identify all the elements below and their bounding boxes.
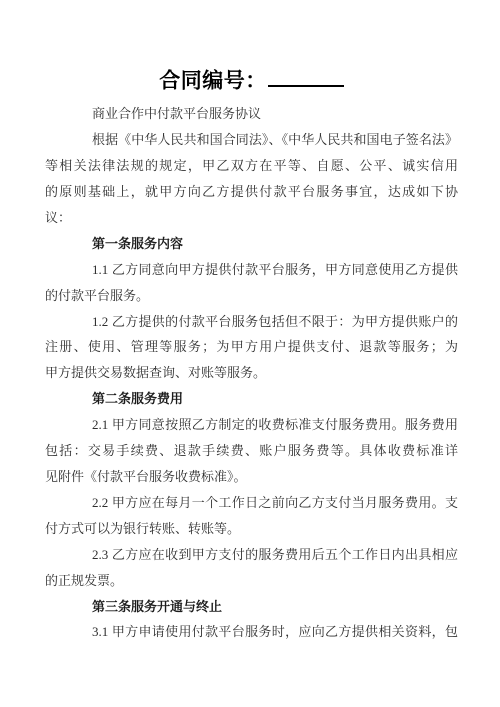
paragraph-line: 的原则基础上，就甲方向乙方提供付款平台服务事宜，达成如下协 [45, 179, 458, 205]
paragraph-line: 商业合作中付款平台服务协议 [45, 101, 458, 127]
paragraph-line: 付方式可以为银行转账、转账等。 [45, 516, 458, 542]
contract-number-title: 合同编号： [45, 0, 458, 95]
section-heading: 第二条服务费用 [45, 386, 458, 412]
paragraph-line: 3.1 甲方申请使用付款平台服务时，应向乙方提供相关资料，包 [45, 619, 458, 645]
paragraph: 1.1 乙方同意向甲方提供付款平台服务，甲方同意使用乙方提供的付款平台服务。 [45, 257, 458, 309]
paragraph-line: 1.1 乙方同意向甲方提供付款平台服务，甲方同意使用乙方提供 [45, 257, 458, 283]
paragraph-line: 议： [45, 205, 458, 231]
paragraph: 根据《中华人民共和国合同法》、《中华人民共和国电子签名法》等相关法律法规的规定，… [45, 127, 458, 231]
heading-line: 第三条服务开通与终止 [45, 594, 458, 620]
paragraph-line: 2.2 甲方应在每月一个工作日之前向乙方支付当月服务费用。支 [45, 490, 458, 516]
contract-number-blank [268, 66, 344, 87]
paragraph-line: 1.2 乙方提供的付款平台服务包括但不限于：为甲方提供账户的 [45, 309, 458, 335]
paragraph: 商业合作中付款平台服务协议 [45, 101, 458, 127]
paragraph-line: 的正规发票。 [45, 568, 458, 594]
paragraph-line: 2.1 甲方同意按照乙方制定的收费标准支付服务费用。服务费用 [45, 412, 458, 438]
heading-line: 第二条服务费用 [45, 386, 458, 412]
paragraph-line: 根据《中华人民共和国合同法》、《中华人民共和国电子签名法》 [45, 127, 458, 153]
paragraph: 2.2 甲方应在每月一个工作日之前向乙方支付当月服务费用。支付方式可以为银行转账… [45, 490, 458, 542]
paragraph: 3.1 甲方申请使用付款平台服务时，应向乙方提供相关资料，包 [45, 619, 458, 645]
document-page: 合同编号： 商业合作中付款平台服务协议根据《中华人民共和国合同法》、《中华人民共… [0, 0, 500, 707]
paragraph: 1.2 乙方提供的付款平台服务包括但不限于：为甲方提供账户的注册、使用、管理等服… [45, 309, 458, 387]
paragraph-line: 见附件《付款平台服务收费标准》。 [45, 464, 458, 490]
section-heading: 第一条服务内容 [45, 231, 458, 257]
contract-body: 商业合作中付款平台服务协议根据《中华人民共和国合同法》、《中华人民共和国电子签名… [45, 101, 458, 645]
paragraph-line: 甲方提供交易数据查询、对账等服务。 [45, 360, 458, 386]
paragraph-line: 注册、使用、管理等服务；为甲方用户提供支付、退款等服务；为 [45, 334, 458, 360]
paragraph-line: 的付款平台服务。 [45, 283, 458, 309]
paragraph: 2.3 乙方应在收到甲方支付的服务费用后五个工作日内出具相应的正规发票。 [45, 542, 458, 594]
heading-line: 第一条服务内容 [45, 231, 458, 257]
paragraph-line: 等相关法律法规的规定，甲乙双方在平等、自愿、公平、诚实信用 [45, 153, 458, 179]
paragraph-line: 包括：交易手续费、退款手续费、账户服务费等。具体收费标准详 [45, 438, 458, 464]
paragraph-line: 2.3 乙方应在收到甲方支付的服务费用后五个工作日内出具相应 [45, 542, 458, 568]
section-heading: 第三条服务开通与终止 [45, 594, 458, 620]
contract-number-label: 合同编号： [159, 69, 267, 92]
paragraph: 2.1 甲方同意按照乙方制定的收费标准支付服务费用。服务费用包括：交易手续费、退… [45, 412, 458, 490]
